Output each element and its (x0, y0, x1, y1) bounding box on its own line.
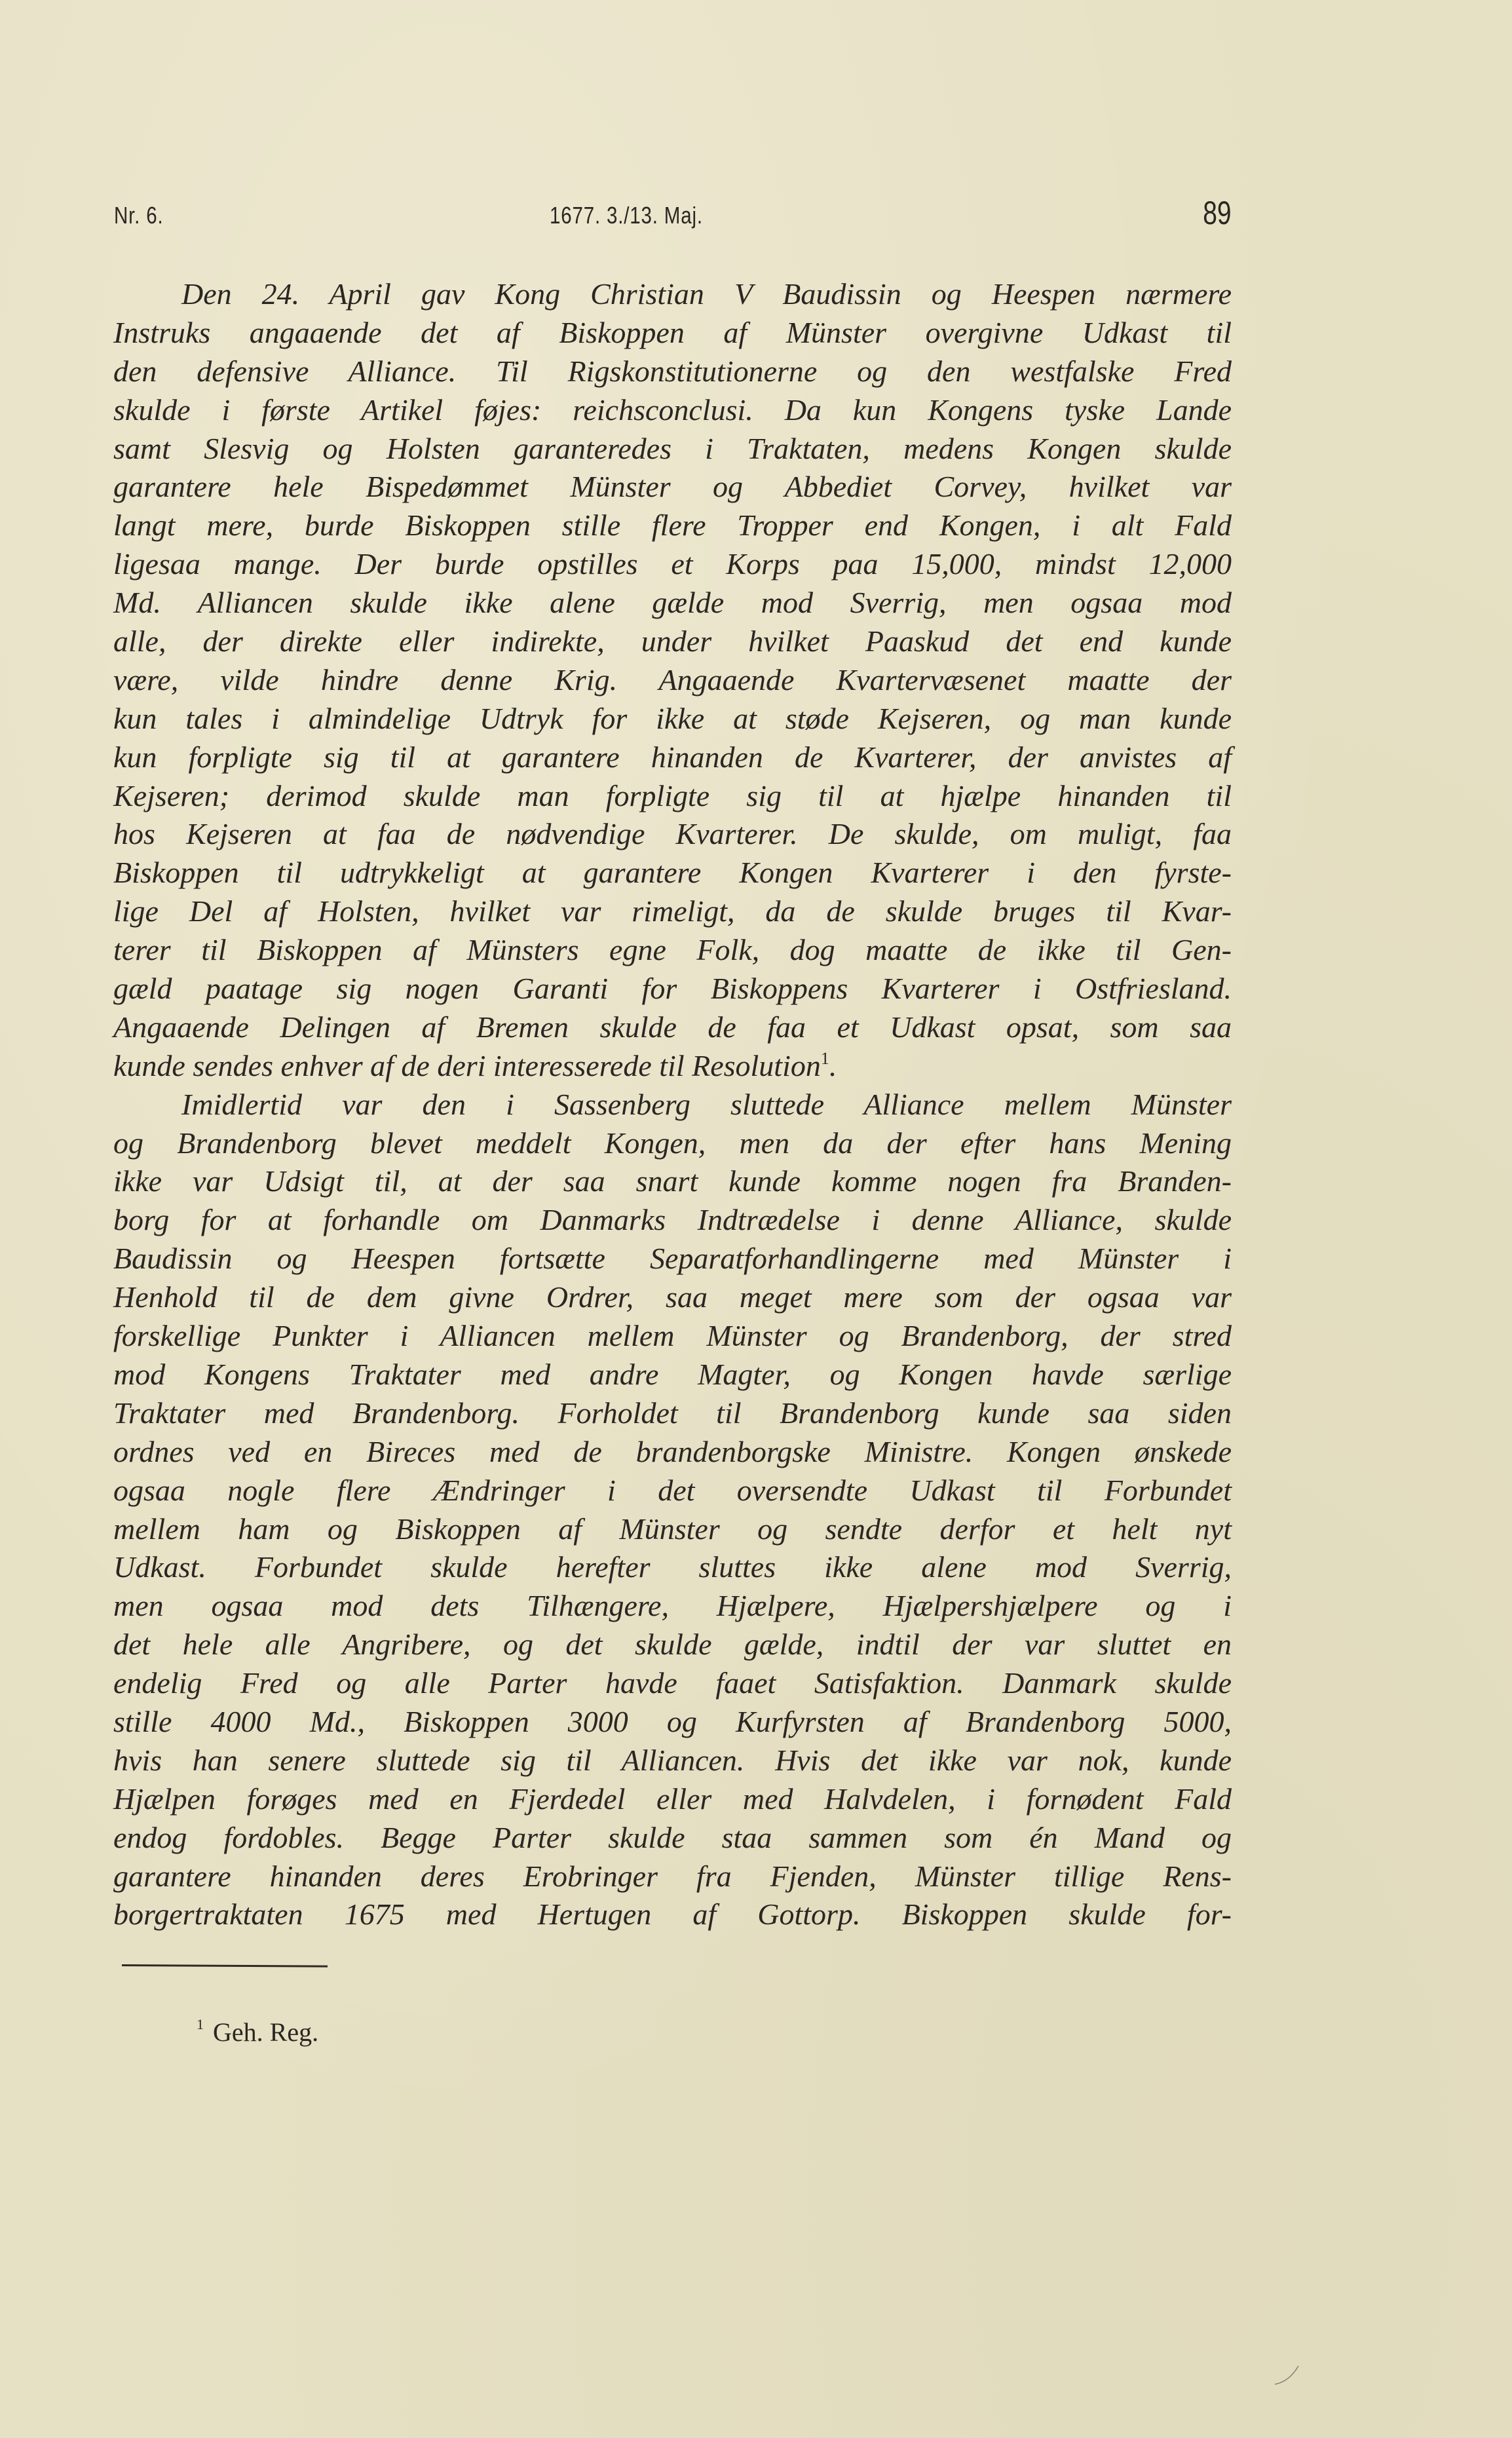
line-text: borg for at forhandle om Danmarks Indtræ… (113, 1203, 1232, 1236)
text-line: ligesaa mange. Der burde opstilles et Ko… (113, 545, 1232, 584)
text-line: Md. Alliancen skulde ikke alene gælde mo… (113, 584, 1232, 622)
footnote-text: Geh. Reg. (213, 2017, 318, 2047)
line-text: garantere hele Bispedømmet Münster og Ab… (113, 470, 1232, 503)
line-text: garantere hinanden deres Erobringer fra … (113, 1859, 1232, 1893)
line-text: mod Kongens Traktater med andre Magter, … (113, 1358, 1232, 1391)
text-line: gæld paatage sig nogen Garanti for Bisko… (113, 970, 1232, 1008)
text-line: ikke var Udsigt til, at der saa snart ku… (113, 1162, 1232, 1201)
text-line: skulde i første Artikel føjes: reichscon… (113, 391, 1232, 430)
line-text: være, vilde hindre denne Krig. Angaaende… (113, 663, 1232, 696)
line-text: mellem ham og Biskoppen af Münster og se… (113, 1512, 1232, 1546)
line-text: Md. Alliancen skulde ikke alene gælde mo… (113, 586, 1232, 619)
line-text: Hjælpen forøges med en Fjerdedel eller m… (113, 1782, 1232, 1816)
text-line: den defensive Alliance. Til Rigskonstitu… (113, 352, 1232, 391)
text-line: endog fordobles. Begge Parter skulde sta… (113, 1819, 1232, 1857)
line-text: gæld paatage sig nogen Garanti for Bisko… (113, 972, 1232, 1005)
text-line: garantere hele Bispedømmet Münster og Ab… (113, 468, 1232, 506)
text-line: kunde sendes enhver af de deri interesse… (113, 1047, 1232, 1086)
text-line: Imidlertid var den i Sassenberg sluttede… (113, 1086, 1232, 1124)
text-line: være, vilde hindre denne Krig. Angaaende… (113, 661, 1232, 700)
line-text: og Brandenborg blevet meddelt Kongen, me… (113, 1126, 1232, 1160)
text-line: kun tales i almindelige Udtryk for ikke … (113, 700, 1232, 738)
text-line: Biskoppen til udtrykkeligt at garantere … (113, 854, 1232, 892)
text-line: Udkast. Forbundet skulde herefter slutte… (113, 1548, 1232, 1587)
text-line: samt Slesvig og Holsten garanteredes i T… (113, 430, 1232, 468)
line-text: ikke var Udsigt til, at der saa snart ku… (113, 1164, 1232, 1198)
text-line: kun forpligte sig til at garantere hinan… (113, 738, 1232, 777)
line-text: endog fordobles. Begge Parter skulde sta… (113, 1821, 1232, 1854)
line-text: den defensive Alliance. Til Rigskonstitu… (113, 354, 1232, 388)
line-text: lige Del af Holsten, hvilket var rimelig… (113, 894, 1232, 928)
text-line: langt mere, burde Biskoppen stille flere… (113, 506, 1232, 545)
footnote: 1Geh. Reg. (197, 2017, 318, 2048)
text-line: Hjælpen forøges med en Fjerdedel eller m… (113, 1780, 1232, 1819)
footnote-divider (122, 1964, 328, 1968)
text-line: Instruks angaaende det af Biskoppen af M… (113, 314, 1232, 352)
line-text: stille 4000 Md., Biskoppen 3000 og Kurfy… (113, 1705, 1232, 1738)
line-text: Angaaende Delingen af Bremen skulde de f… (113, 1010, 1232, 1044)
line-text: terer til Biskoppen af Münsters egne Fol… (113, 933, 1232, 966)
body-text: Den 24. April gav Kong Christian V Baudi… (113, 275, 1232, 1934)
document-page: Nr. 6. 1677. 3./13. Maj. 89 Den 24. Apri… (0, 0, 1512, 2438)
text-line: stille 4000 Md., Biskoppen 3000 og Kurfy… (113, 1703, 1232, 1742)
text-line: mod Kongens Traktater med andre Magter, … (113, 1356, 1232, 1394)
page-number: 89 (1203, 194, 1232, 232)
paper-blemish (1274, 2362, 1300, 2388)
line-text: alle, der direkte eller indirekte, under… (113, 624, 1232, 658)
trailing-punctuation: . (829, 1049, 837, 1082)
line-text: ogsaa nogle flere Ændringer i det overse… (113, 1474, 1232, 1507)
line-text: Den 24. April gav Kong Christian V Baudi… (181, 277, 1232, 311)
line-text: det hele alle Angribere, og det skulde g… (113, 1628, 1232, 1661)
line-text: kunde sendes enhver af de deri interesse… (113, 1049, 821, 1082)
text-line: Kejseren; derimod skulde man forpligte s… (113, 777, 1232, 816)
text-line: hos Kejseren at faa de nødvendige Kvarte… (113, 815, 1232, 854)
text-line: borgertraktaten 1675 med Hertugen af Got… (113, 1895, 1232, 1934)
line-text: Baudissin og Heespen fortsætte Separatfo… (113, 1242, 1232, 1275)
line-text: forskellige Punkter i Alliancen mellem M… (113, 1319, 1232, 1352)
line-text: Henhold til de dem givne Ordrer, saa meg… (113, 1280, 1232, 1314)
text-line: Den 24. April gav Kong Christian V Baudi… (113, 275, 1232, 314)
text-line: endelig Fred og alle Parter havde faaet … (113, 1664, 1232, 1703)
text-line: garantere hinanden deres Erobringer fra … (113, 1857, 1232, 1896)
text-line: borg for at forhandle om Danmarks Indtræ… (113, 1201, 1232, 1240)
text-line: og Brandenborg blevet meddelt Kongen, me… (113, 1124, 1232, 1163)
text-line: terer til Biskoppen af Münsters egne Fol… (113, 931, 1232, 970)
line-text: Instruks angaaende det af Biskoppen af M… (113, 316, 1232, 349)
text-line: Traktater med Brandenborg. Forholdet til… (113, 1394, 1232, 1433)
text-line: Henhold til de dem givne Ordrer, saa meg… (113, 1278, 1232, 1317)
document-date: 1677. 3./13. Maj. (550, 202, 703, 229)
text-line: det hele alle Angribere, og det skulde g… (113, 1626, 1232, 1664)
text-line: Baudissin og Heespen fortsætte Separatfo… (113, 1240, 1232, 1278)
text-line: lige Del af Holsten, hvilket var rimelig… (113, 892, 1232, 931)
line-text: hos Kejseren at faa de nødvendige Kvarte… (113, 817, 1232, 850)
line-text: langt mere, burde Biskoppen stille flere… (113, 508, 1232, 542)
line-text: men ogsaa mod dets Tilhængere, Hjælpere,… (113, 1589, 1232, 1622)
line-text: Kejseren; derimod skulde man forpligte s… (113, 779, 1232, 812)
line-text: hvis han senere sluttede sig til Allianc… (113, 1743, 1232, 1777)
text-line: alle, der direkte eller indirekte, under… (113, 622, 1232, 661)
line-text: ordnes ved en Bireces med de brandenborg… (113, 1435, 1232, 1468)
line-text: borgertraktaten 1675 med Hertugen af Got… (113, 1897, 1232, 1931)
line-text: samt Slesvig og Holsten garanteredes i T… (113, 432, 1232, 465)
text-line: Angaaende Delingen af Bremen skulde de f… (113, 1008, 1232, 1047)
line-text: Biskoppen til udtrykkeligt at garantere … (113, 856, 1232, 889)
document-number: Nr. 6. (114, 202, 163, 229)
footnote-marker: 1 (197, 2016, 204, 2032)
text-line: men ogsaa mod dets Tilhængere, Hjælpere,… (113, 1587, 1232, 1626)
text-line: hvis han senere sluttede sig til Allianc… (113, 1742, 1232, 1780)
line-text: kun forpligte sig til at garantere hinan… (113, 740, 1232, 774)
text-line: ogsaa nogle flere Ændringer i det overse… (113, 1472, 1232, 1510)
line-text: kun tales i almindelige Udtryk for ikke … (113, 702, 1232, 735)
line-text: endelig Fred og alle Parter havde faaet … (113, 1666, 1232, 1700)
footnote-reference: 1 (821, 1049, 829, 1068)
running-head: Nr. 6. 1677. 3./13. Maj. 89 (114, 194, 1232, 233)
line-text: skulde i første Artikel føjes: reichscon… (113, 393, 1232, 427)
text-line: ordnes ved en Bireces med de brandenborg… (113, 1433, 1232, 1472)
line-text: Imidlertid var den i Sassenberg sluttede… (181, 1088, 1232, 1121)
line-text: ligesaa mange. Der burde opstilles et Ko… (113, 547, 1232, 581)
line-text: Traktater med Brandenborg. Forholdet til… (113, 1396, 1232, 1430)
text-line: mellem ham og Biskoppen af Münster og se… (113, 1510, 1232, 1549)
text-line: forskellige Punkter i Alliancen mellem M… (113, 1317, 1232, 1356)
line-text: Udkast. Forbundet skulde herefter slutte… (113, 1550, 1232, 1584)
